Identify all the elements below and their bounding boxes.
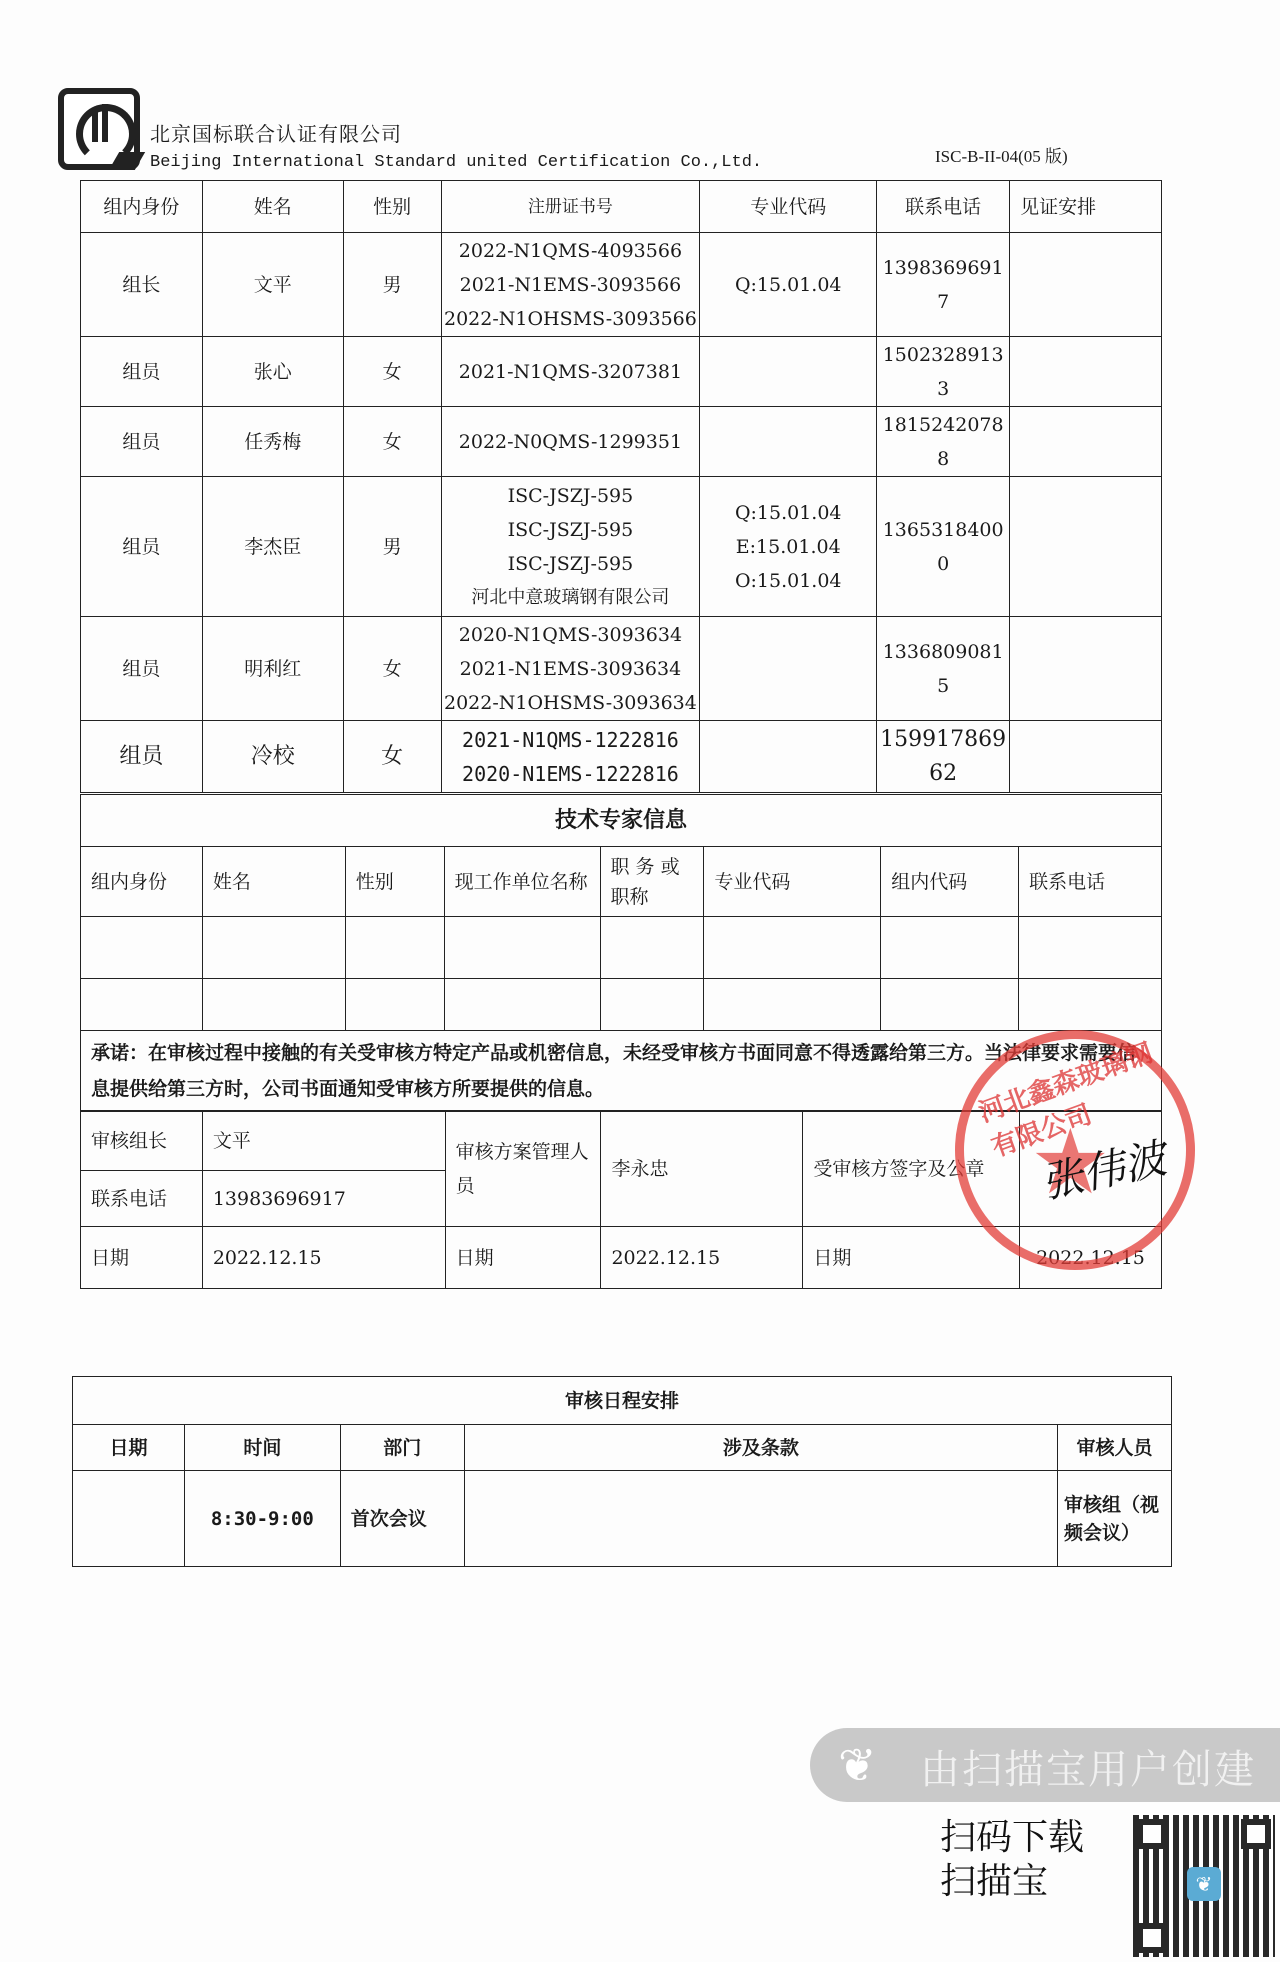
role: 组员 <box>81 337 203 407</box>
phone-part: 1398369691 <box>877 251 1009 285</box>
expert-header-row: 组内身份 姓名 性别 现工作单位名称 职 务 或 职称 专业代码 组内代码 联系… <box>81 847 1162 917</box>
watermark-text: 由扫描宝用户创建 <box>920 1738 1256 1795</box>
phone-label: 联系电话 <box>81 1171 203 1227</box>
app-logo-icon: ❦ <box>1187 1867 1221 1901</box>
phone: 1336809081 5 <box>877 617 1010 721</box>
cert-numbers: 2022-N1QMS-4093566 2021-N1EMS-3093566 20… <box>441 233 700 337</box>
date-label: 日期 <box>445 1227 601 1289</box>
schedule-row: 8:30-9:00 首次会议 审核组（视频会议） <box>73 1471 1172 1567</box>
cert: 2021-N1QMS-1222816 <box>442 723 700 757</box>
col-header: 姓名 <box>202 847 345 917</box>
name: 任秀梅 <box>202 407 343 477</box>
name: 冷校 <box>202 721 343 793</box>
col-header: 现工作单位名称 <box>444 847 600 917</box>
gender: 女 <box>343 617 441 721</box>
cert-numbers: 2020-N1QMS-3093634 2021-N1EMS-3093634 20… <box>441 617 700 721</box>
schedule-dept: 首次会议 <box>340 1471 464 1567</box>
schedule-clauses <box>464 1471 1057 1567</box>
cert: 2022-N1OHSMS-3093634 <box>442 686 700 720</box>
cert: ISC-JSZJ-595 <box>442 513 700 547</box>
company-name: 河北中意玻璃钢有限公司 <box>442 581 700 615</box>
table-row: 组长 文平 男 2022-N1QMS-4093566 2021-N1EMS-30… <box>81 233 1162 337</box>
cert: 2022-N1QMS-4093566 <box>442 234 700 268</box>
col-header: 审核人员 <box>1058 1425 1172 1471</box>
cert-numbers: 2021-N1QMS-3207381 <box>441 337 700 407</box>
specialty-code: Q:15.01.04 <box>700 233 877 337</box>
specialty-code <box>700 337 877 407</box>
table-header-row: 组内身份 姓名 性别 注册证书号 专业代码 联系电话 见证安排 <box>81 181 1162 233</box>
company-name-cn: 北京国标联合认证有限公司 <box>150 118 402 147</box>
col-header: 部门 <box>340 1425 464 1471</box>
col-header: 联系电话 <box>1019 847 1162 917</box>
phone-part: 1365318400 <box>877 513 1009 547</box>
role: 组员 <box>81 477 203 617</box>
gender: 女 <box>343 407 441 477</box>
col-header: 涉及条款 <box>464 1425 1057 1471</box>
scan-line-1: 扫码下载 <box>940 1816 1084 1860</box>
name: 张心 <box>202 337 343 407</box>
phone-part: 0 <box>877 547 1009 581</box>
cert-numbers: ISC-JSZJ-595 ISC-JSZJ-595 ISC-JSZJ-595 河… <box>441 477 700 617</box>
phone: 1815242078 8 <box>877 407 1010 477</box>
table-row: 组员 李杰臣 男 ISC-JSZJ-595 ISC-JSZJ-595 ISC-J… <box>81 477 1162 617</box>
date-value: 2022.12.15 <box>601 1227 803 1289</box>
phone-part: 62 <box>877 757 1009 791</box>
col-header: 专业代码 <box>700 181 877 233</box>
col-header: 组内身份 <box>81 181 203 233</box>
manager-value: 李永忠 <box>601 1111 803 1227</box>
code: O:15.01.04 <box>700 564 876 598</box>
col-header: 专业代码 <box>704 847 881 917</box>
cert: 2021-N1EMS-3093566 <box>442 268 700 302</box>
audit-schedule-table: 审核日程安排 日期 时间 部门 涉及条款 审核人员 8:30-9:00 首次会议… <box>72 1376 1172 1567</box>
cert: ISC-JSZJ-595 <box>442 547 700 581</box>
role: 组员 <box>81 721 203 793</box>
date-label: 日期 <box>803 1227 1020 1289</box>
table-row: 组员 明利红 女 2020-N1QMS-3093634 2021-N1EMS-3… <box>81 617 1162 721</box>
col-header: 组内身份 <box>81 847 203 917</box>
phone-part: 3 <box>877 372 1009 406</box>
schedule-header-row: 日期 时间 部门 涉及条款 审核人员 <box>73 1425 1172 1471</box>
cert-numbers: 2021-N1QMS-1222816 2020-N1EMS-1222816 <box>441 721 700 793</box>
witness <box>1010 477 1162 617</box>
col-header: 职 务 或 职称 <box>600 847 704 917</box>
butterfly-icon: ❦ <box>838 1738 877 1792</box>
code: Q:15.01.04 <box>700 496 876 530</box>
table-row: 组员 任秀梅 女 2022-N0QMS-1299351 1815242078 8 <box>81 407 1162 477</box>
scan-line-2: 扫描宝 <box>940 1860 1084 1904</box>
col-header: 见证安排 <box>1010 181 1162 233</box>
document-number: ISC-B-II-04(05 版) <box>935 142 1068 167</box>
phone-part: 7 <box>877 285 1009 319</box>
specialty-code <box>700 721 877 793</box>
witness <box>1010 617 1162 721</box>
schedule-time: 8:30-9:00 <box>184 1471 340 1567</box>
expert-section-title: 技术专家信息 <box>81 795 1162 847</box>
cert: 2020-N1QMS-3093634 <box>442 618 700 652</box>
company-name-en: Beijing International Standard united Ce… <box>150 153 762 172</box>
witness <box>1010 337 1162 407</box>
col-header: 性别 <box>343 181 441 233</box>
cert-numbers: 2022-N0QMS-1299351 <box>441 407 700 477</box>
role: 组员 <box>81 407 203 477</box>
col-header: 日期 <box>73 1425 185 1471</box>
col-header: 性别 <box>345 847 444 917</box>
code: E:15.01.04 <box>700 530 876 564</box>
name: 李杰臣 <box>202 477 343 617</box>
phone-part: 5 <box>877 669 1009 703</box>
gender: 女 <box>343 721 441 793</box>
col-header: 联系电话 <box>877 181 1010 233</box>
specialty-code <box>700 617 877 721</box>
schedule-title: 审核日程安排 <box>73 1377 1172 1425</box>
gender: 男 <box>343 477 441 617</box>
specialty-code: Q:15.01.04 E:15.01.04 O:15.01.04 <box>700 477 877 617</box>
leader-value: 文平 <box>202 1111 445 1171</box>
download-prompt: 扫码下载 扫描宝 <box>940 1816 1084 1904</box>
specialty-code <box>700 407 877 477</box>
phone: 1398369691 7 <box>877 233 1010 337</box>
expert-empty-row <box>81 917 1162 979</box>
cert: 2022-N1OHSMS-3093566 <box>442 302 700 336</box>
col-header: 姓名 <box>202 181 343 233</box>
phone-part: 1815242078 <box>877 408 1009 442</box>
phone-part: 8 <box>877 442 1009 476</box>
name: 文平 <box>202 233 343 337</box>
role: 组长 <box>81 233 203 337</box>
cert: 2020-N1EMS-1222816 <box>442 757 700 791</box>
cert: ISC-JSZJ-595 <box>442 479 700 513</box>
table-row: 组员 张心 女 2021-N1QMS-3207381 1502328913 3 <box>81 337 1162 407</box>
audit-team-table: 组内身份 姓名 性别 注册证书号 专业代码 联系电话 见证安排 组长 文平 男 … <box>80 180 1162 793</box>
phone: 1502328913 3 <box>877 337 1010 407</box>
date-value: 2022.12.15 <box>202 1227 445 1289</box>
phone-part: 1502328913 <box>877 338 1009 372</box>
phone-part: 1336809081 <box>877 635 1009 669</box>
manager-label: 审核方案管理人员 <box>445 1111 601 1227</box>
witness <box>1010 721 1162 793</box>
gender: 男 <box>343 233 441 337</box>
gender: 女 <box>343 337 441 407</box>
schedule-date <box>73 1471 185 1567</box>
table-row: 组员 冷校 女 2021-N1QMS-1222816 2020-N1EMS-12… <box>81 721 1162 793</box>
col-header: 组内代码 <box>881 847 1019 917</box>
phone-value: 13983696917 <box>202 1171 445 1227</box>
name: 明利红 <box>202 617 343 721</box>
schedule-auditors: 审核组（视频会议） <box>1058 1471 1172 1567</box>
witness <box>1010 233 1162 337</box>
witness <box>1010 407 1162 477</box>
leader-label: 审核组长 <box>81 1111 203 1171</box>
col-header: 注册证书号 <box>441 181 700 233</box>
role: 组员 <box>81 617 203 721</box>
col-header: 时间 <box>184 1425 340 1471</box>
company-logo <box>58 88 140 170</box>
date-label: 日期 <box>81 1227 203 1289</box>
phone: 159917869 62 <box>877 721 1010 793</box>
phone-part: 159917869 <box>877 723 1009 757</box>
expert-empty-row <box>81 979 1162 1031</box>
phone: 1365318400 0 <box>877 477 1010 617</box>
cert: 2021-N1EMS-3093634 <box>442 652 700 686</box>
qr-code[interactable]: ❦ <box>1133 1815 1275 1957</box>
